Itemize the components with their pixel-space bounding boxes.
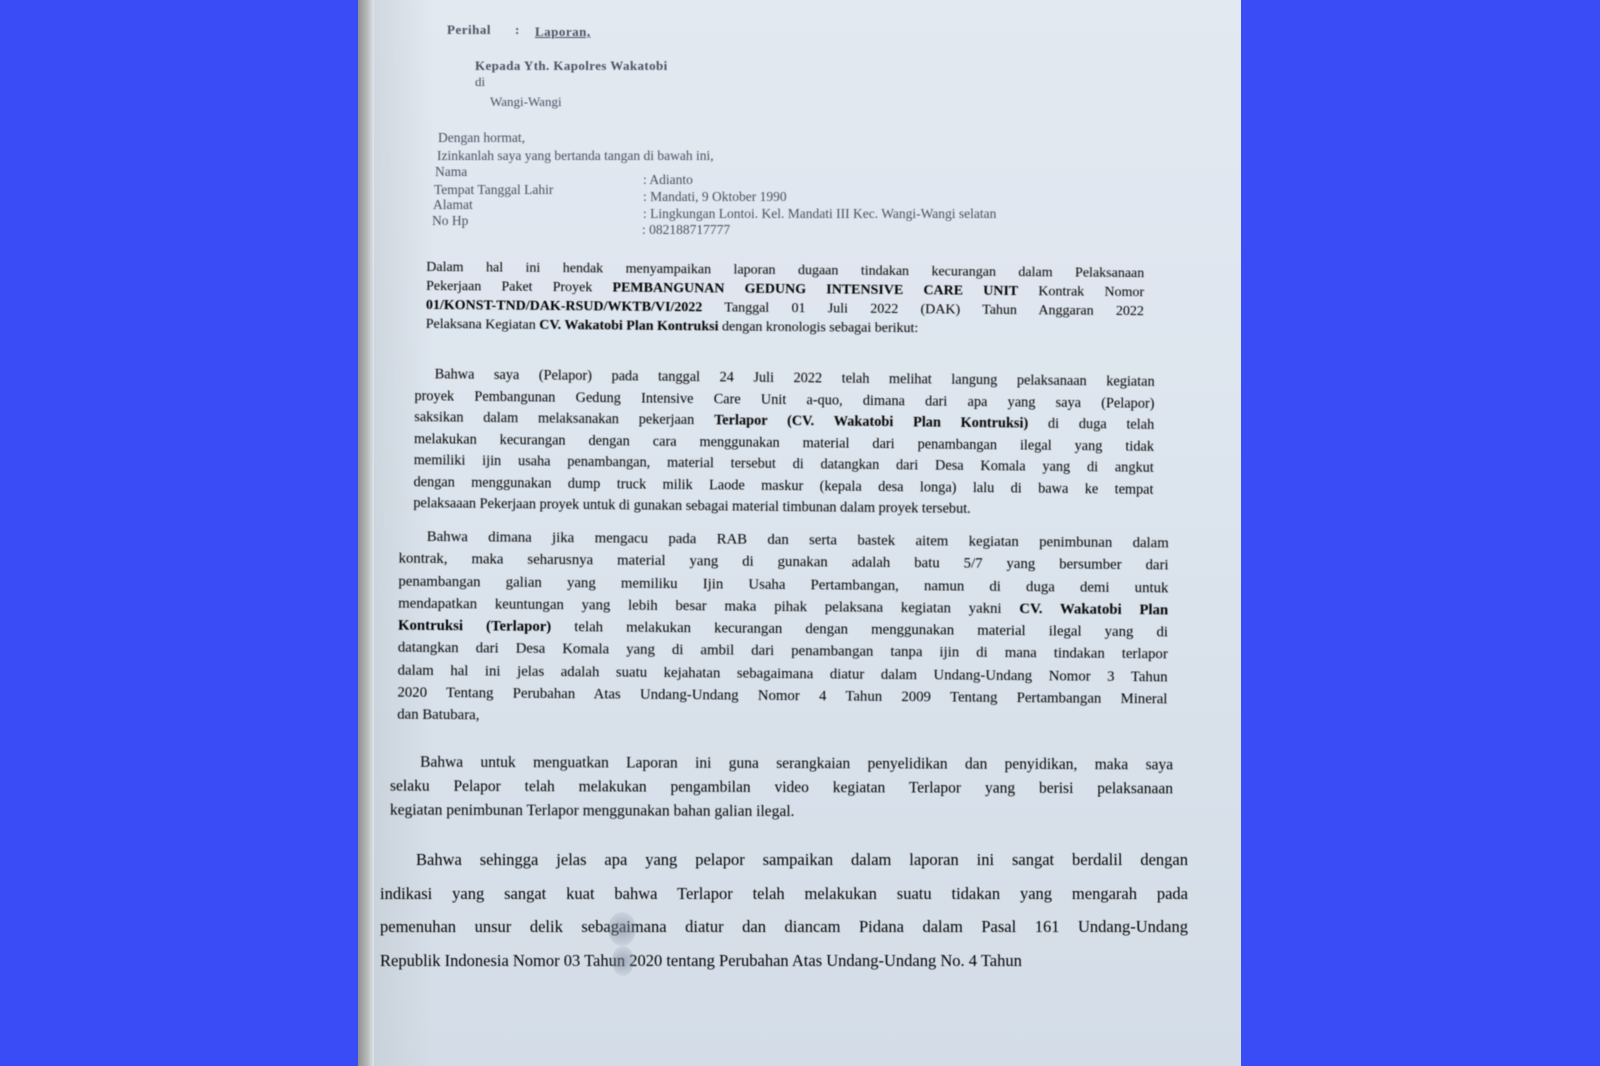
identity-label: Alamat bbox=[433, 197, 473, 213]
identity-value: : Adianto bbox=[643, 172, 693, 188]
identity-label: Nama bbox=[435, 164, 467, 180]
paragraph-chronology: Bahwa saya (Pelapor) pada tanggal 24 Jul… bbox=[413, 364, 1155, 522]
intro-line: Izinkanlah saya yang bertanda tangan di … bbox=[437, 148, 714, 164]
recipient-line-1: Kepada Yth. Kapolres Wakatobi bbox=[475, 58, 668, 74]
document-page: Perihal : Laporan, Kepada Yth. Kapolres … bbox=[358, 0, 1241, 1066]
paragraph-line: indikasi yang sangat kuat bahwa Terlapor… bbox=[380, 877, 1188, 911]
identity-label: No Hp bbox=[432, 213, 468, 229]
paragraph-line: Bahwa untuk menguatkan Laporan ini guna … bbox=[390, 751, 1173, 778]
paper-edge-shadow bbox=[358, 0, 374, 1066]
paragraph-evidence: Bahwa untuk menguatkan Laporan ini guna … bbox=[390, 751, 1173, 826]
recipient-line-2: di bbox=[475, 74, 485, 90]
paragraph-legal-basis: Bahwa sehingga jelas apa yang pelapor sa… bbox=[380, 843, 1188, 977]
paragraph-report-intro: Dalam hal ini hendak menyampaikan lapora… bbox=[426, 258, 1145, 340]
ink-smudge bbox=[608, 912, 636, 946]
paragraph-line: pemenuhan unsur delik sebagaimana diatur… bbox=[380, 910, 1188, 944]
paragraph-line: Republik Indonesia Nomor 03 Tahun 2020 t… bbox=[380, 944, 1188, 978]
identity-value: : Lingkungan Lontoi. Kel. Mandati III Ke… bbox=[643, 206, 996, 222]
paragraph-line: selaku Pelapor telah melakukan pengambil… bbox=[390, 775, 1173, 802]
subject-separator: : bbox=[515, 22, 520, 38]
paragraph-line: kegiatan penimbunan Terlapor menggunakan… bbox=[390, 799, 1173, 826]
greeting: Dengan hormat, bbox=[438, 130, 525, 146]
recipient-line-3: Wangi-Wangi bbox=[490, 94, 562, 110]
subject-label: Perihal bbox=[447, 22, 491, 38]
identity-value: : Mandati, 9 Oktober 1990 bbox=[643, 189, 787, 205]
paragraph-rab-violation: Bahwa dimana jika mengacu pada RAB dan s… bbox=[397, 526, 1169, 733]
identity-value: : 082188717777 bbox=[642, 222, 730, 238]
identity-label: Tempat Tanggal Lahir bbox=[434, 182, 553, 198]
subject-value: Laporan, bbox=[535, 24, 591, 40]
paragraph-line: Bahwa sehingga jelas apa yang pelapor sa… bbox=[380, 843, 1188, 877]
ink-smudge bbox=[612, 946, 634, 976]
